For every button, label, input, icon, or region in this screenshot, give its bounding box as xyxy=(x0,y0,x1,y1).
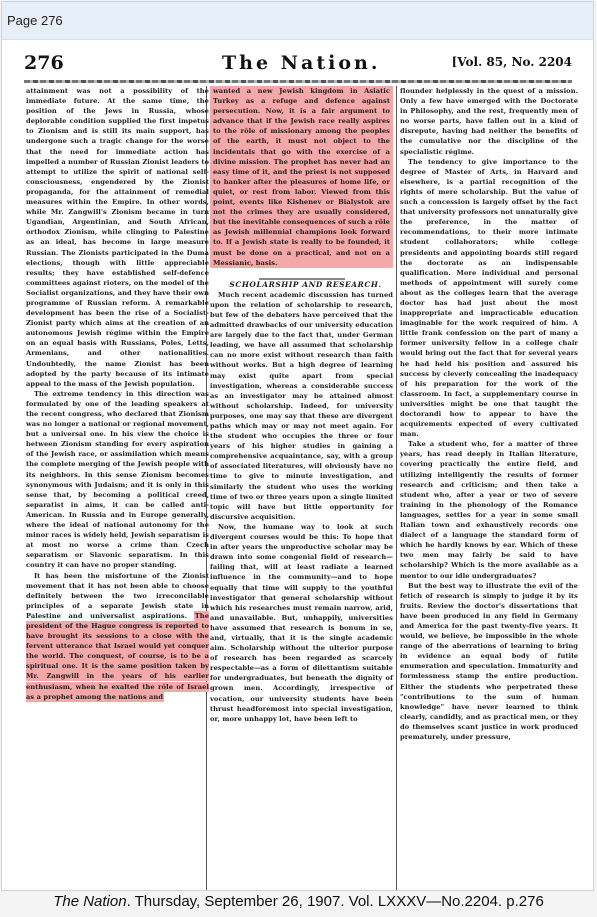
paragraph: Much recent academic discussion has turn… xyxy=(210,290,393,522)
caption-details: . Thursday, September 26, 1907. Vol. LXX… xyxy=(127,893,544,910)
paragraph: It has been the misfortune of the Zionis… xyxy=(26,571,209,702)
masthead: 276 The Nation. [Vol. 85, No. 2204 xyxy=(24,52,572,78)
page-label-bar: Page 276 xyxy=(2,2,593,40)
paragraph-text: It has been the misfortune of the Zionis… xyxy=(26,572,209,620)
masthead-page-number: 276 xyxy=(24,52,64,74)
highlighted-text: The president of the Hague congress is r… xyxy=(26,612,209,701)
caption-publication: The Nation xyxy=(53,893,126,910)
column-2: wanted a new Jewish kingdom in Asiatic T… xyxy=(210,86,393,724)
paragraph: Take a student who, for a matter of thre… xyxy=(400,439,578,580)
page-viewer-frame: Page 276 276 The Nation. [Vol. 85, No. 2… xyxy=(1,1,594,891)
column-3: flounder helplessly in the quest of a mi… xyxy=(400,86,578,742)
paragraph: flounder helplessly in the quest of a mi… xyxy=(400,86,578,157)
paragraph: attainment was not a possibility of the … xyxy=(26,86,209,389)
masthead-volume: [Vol. 85, No. 2204 xyxy=(452,55,572,69)
page-label: Page 276 xyxy=(7,13,63,28)
paragraph: Now, the humane way to look at such dive… xyxy=(210,522,393,724)
section-heading: SCHOLARSHIP AND RESEARCH. xyxy=(210,280,393,290)
image-caption: The Nation. Thursday, September 26, 1907… xyxy=(0,893,597,910)
highlighted-passage: wanted a new Jewish kingdom in Asiatic T… xyxy=(210,86,393,268)
column-1: attainment was not a possibility of the … xyxy=(26,86,209,702)
paragraph: The tendency to give importance to the d… xyxy=(400,157,578,440)
masthead-title: The Nation. xyxy=(222,52,380,74)
column-divider xyxy=(396,86,397,890)
paragraph: The extreme tendency in this direction w… xyxy=(26,389,209,571)
newspaper-scan: 276 The Nation. [Vol. 85, No. 2204 attai… xyxy=(2,40,593,890)
paragraph: But the best way to illustrate the evil … xyxy=(400,581,578,743)
masthead-rule xyxy=(24,80,572,83)
